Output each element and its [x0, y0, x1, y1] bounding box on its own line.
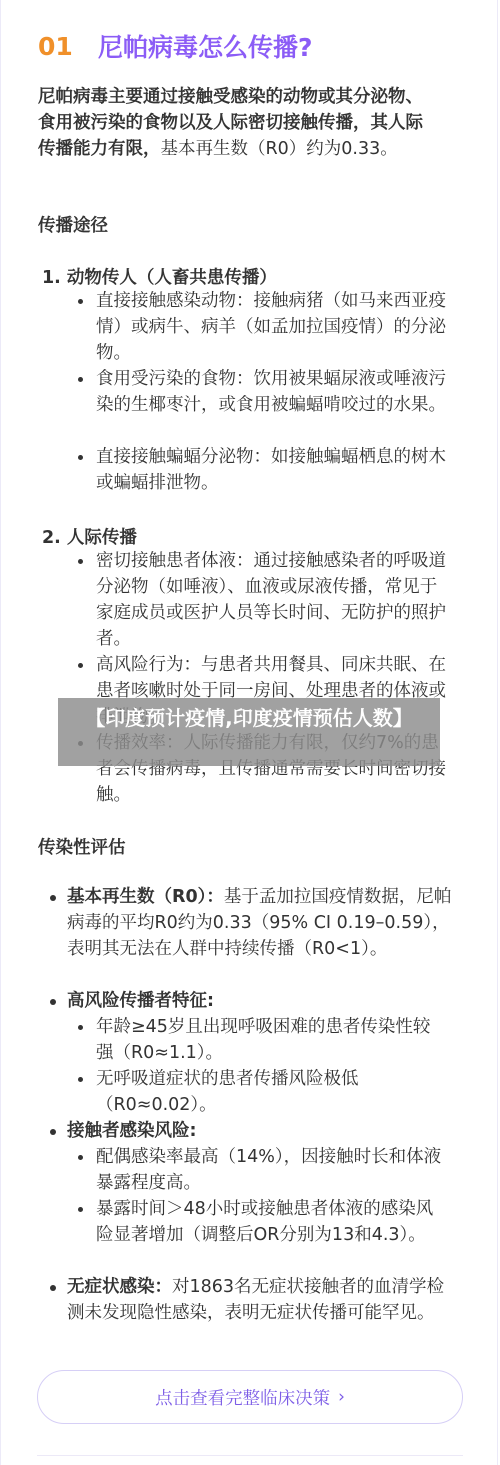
bullet-icon: [78, 1077, 83, 1082]
section-heading: 01 尼帕病毒怎么传播?: [38, 28, 313, 64]
bullet-icon: [78, 663, 83, 668]
bullet-icon: [78, 1025, 83, 1030]
bullet-icon: [78, 1155, 83, 1160]
bullet-icon: [50, 895, 56, 901]
bullet-icon: [78, 455, 83, 460]
list-item: 年龄≥45岁且出现呼吸困难的患者传染性较强（R0≈1.1）。: [96, 1014, 446, 1066]
chevron-right-icon: ›: [338, 1387, 345, 1407]
bullet-icon: [50, 1285, 56, 1291]
list-item: 基本再生数（R0）：基于孟加拉国疫情数据，尼帕病毒的平均R0约为0.33（95%…: [67, 884, 452, 962]
bullet-icon: [78, 559, 83, 564]
bullet-icon: [50, 999, 56, 1005]
bullet-icon: [78, 1207, 83, 1212]
cta-label: 点击查看完整临床决策: [155, 1385, 330, 1410]
item-label: 高风险传播者特征:: [67, 991, 214, 1011]
intro-normal-text: 基本再生数（R0）约为0.33。: [161, 139, 398, 159]
divider: [37, 1455, 463, 1456]
list-item: 配偶感染率最高（14%），因接触时长和体液暴露程度高。: [96, 1144, 446, 1196]
assessment-heading: 传染性评估: [38, 834, 126, 859]
list-item: 直接接触蝙蝠分泌物：如接触蝙蝠栖息的树木或蝙蝠排泄物。: [96, 444, 446, 496]
bullet-icon: [50, 1129, 56, 1135]
section-number: 01: [38, 32, 98, 61]
list-item: 食用受污染的食物：饮用被果蝠尿液或唾液污染的生椰枣汁，或食用被蝙蝠啃咬过的水果。: [96, 366, 446, 418]
list-item: 无呼吸道症状的患者传播风险极低（R0≈0.02）。: [96, 1066, 446, 1118]
list-item: 直接接触感染动物：接触病猪（如马来西亚疫情）或病牛、病羊（如孟加拉国疫情）的分泌…: [96, 288, 446, 366]
item-label: 无症状感染：: [67, 1277, 172, 1297]
list-item: 密切接触患者体液：通过接触感染者的呼吸道分泌物（如唾液）、血液或尿液传播，常见于…: [96, 548, 446, 652]
intro-paragraph: 尼帕病毒主要通过接触受感染的动物或其分泌物、食用被污染的食物以及人际密切接触传播…: [38, 84, 438, 162]
view-clinical-decision-button[interactable]: 点击查看完整临床决策 ›: [37, 1370, 463, 1424]
item-label: 接触者感染风险:: [67, 1121, 197, 1141]
item-label: 基本再生数（R0）：: [67, 887, 224, 907]
section-title: 尼帕病毒怎么传播?: [98, 28, 313, 64]
list-item: 接触者感染风险:: [67, 1118, 452, 1144]
list-item: 高风险传播者特征:: [67, 988, 452, 1014]
list-item: 无症状感染：对1863名无症状接触者的血清学检测未发现隐性感染，表明无症状传播可…: [67, 1274, 452, 1326]
list-item: 暴露时间＞48小时或接触患者体液的感染风险显著增加（调整后OR分别为13和4.3…: [96, 1196, 446, 1248]
routes-heading: 传播途径: [38, 212, 108, 237]
bullet-icon: [78, 377, 83, 382]
routes-group-2-label: 2. 人际传播: [42, 524, 137, 549]
bullet-icon: [78, 299, 83, 304]
watermark-banner: 【印度预计疫情,印度疫情预估人数】: [58, 698, 440, 766]
routes-group-1-label: 1. 动物传人（人畜共患传播）: [42, 264, 277, 289]
